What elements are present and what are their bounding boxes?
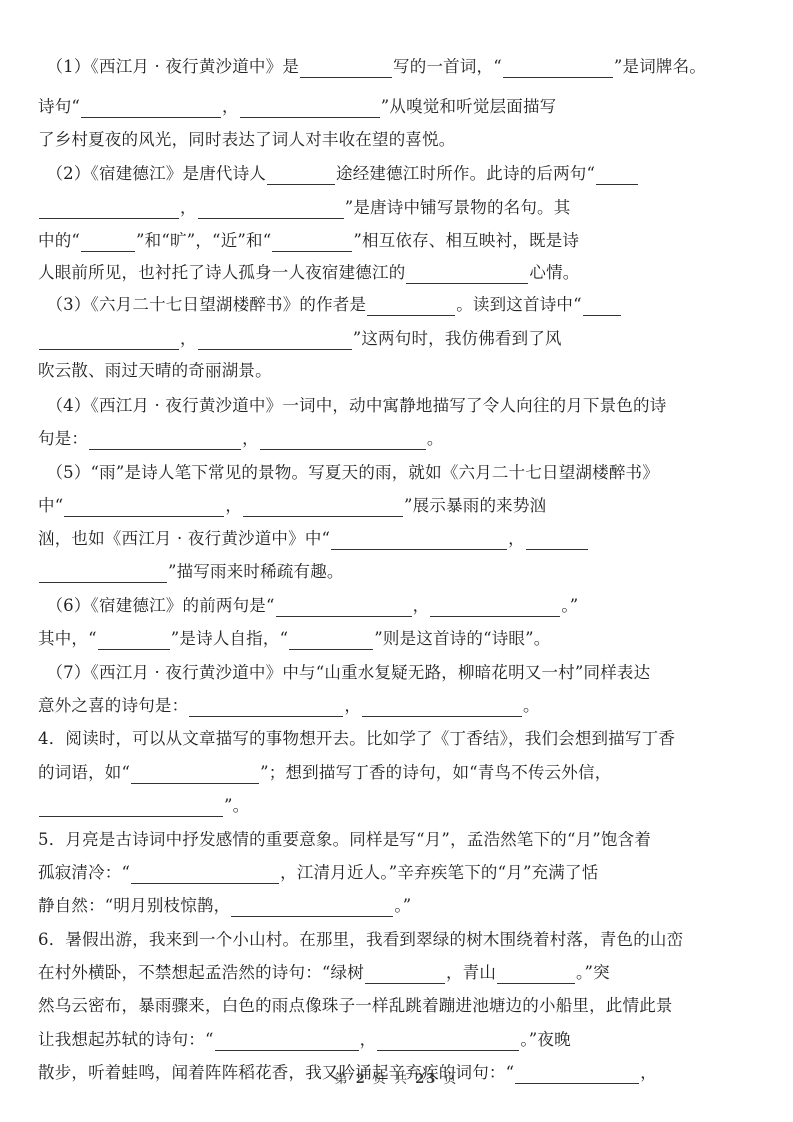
text-segment: 句是： bbox=[38, 428, 88, 450]
fill-in-blank[interactable] bbox=[131, 865, 279, 884]
total-pages-number: 23 bbox=[415, 1072, 437, 1087]
fill-in-blank[interactable] bbox=[81, 233, 135, 252]
fill-in-blank[interactable] bbox=[300, 59, 392, 78]
text-line: （6）《宿建德江》的前两句是“，。” bbox=[38, 595, 578, 619]
fill-in-blank[interactable] bbox=[267, 166, 335, 185]
text-segment: 途经建德江时所作。此诗的后两句“ bbox=[336, 163, 595, 185]
text-line: 中的“”和“旷”，“近”和“”相互依存、相互映衬，既是诗 bbox=[38, 230, 579, 254]
text-segment: ”这两句时，我仿佛看到了风 bbox=[353, 328, 562, 350]
text-segment: 。” bbox=[394, 895, 411, 917]
text-segment: （3）《六月二十七日望湖楼醉书》的作者是 bbox=[38, 294, 366, 316]
text-segment: ”相互依存、相互映衬，既是诗 bbox=[353, 230, 579, 252]
text-segment: 心情。 bbox=[529, 262, 579, 284]
text-segment: ”是诗人自指，“ bbox=[171, 628, 288, 650]
text-segment: 。 bbox=[523, 695, 540, 717]
text-line: 人眼前所见，也衬托了诗人孤身一人夜宿建德江的心情。 bbox=[38, 262, 580, 286]
footer-suffix: 页 bbox=[443, 1072, 458, 1087]
fill-in-blank[interactable] bbox=[362, 698, 522, 717]
text-line: 诗句“，”从嗅觉和听觉层面描写 bbox=[38, 96, 556, 120]
text-segment: 6．暑假出游，我来到一个小山村。在那里，我看到翠绿的树木围绕着村落，青色的山峦 bbox=[38, 929, 683, 951]
fill-in-blank[interactable] bbox=[503, 59, 613, 78]
text-segment: （2）《宿建德江》是唐代诗人 bbox=[38, 163, 266, 185]
text-segment: 其中，“ bbox=[38, 628, 97, 650]
text-line: 4．阅读时，可以从文章描写的事物想开去。比如学了《丁香结》，我们会想到描写丁香 bbox=[38, 728, 675, 752]
text-segment: （6）《宿建德江》的前两句是“ bbox=[38, 595, 275, 617]
fill-in-blank[interactable] bbox=[231, 898, 393, 917]
fill-in-blank[interactable] bbox=[331, 531, 507, 550]
text-segment: ”；想到描写丁香的诗句，如“青鸟不传云外信， bbox=[260, 762, 611, 784]
text-segment: （4）《西江月 · 夜行黄沙道中》一词中，动中寓静地描写了令人向往的月下景色的诗 bbox=[38, 395, 666, 417]
text-segment: 让我想起苏轼的诗句：“ bbox=[38, 1029, 214, 1051]
text-line: 了乡村夏夜的风光，同时表达了词人对丰收在望的喜悦。 bbox=[38, 129, 456, 153]
text-line: （4）《西江月 · 夜行黄沙道中》一词中，动中寓静地描写了令人向往的月下景色的诗 bbox=[38, 395, 666, 419]
text-segment: （7）《西江月 · 夜行黄沙道中》中与“山重水复疑无路，柳暗花明又一村”同样表达 bbox=[38, 662, 650, 684]
text-line: 的词语，如“”；想到描写丁香的诗句，如“青鸟不传云外信， bbox=[38, 762, 611, 786]
text-segment: 5．月亮是古诗词中抒发感情的重要意象。同样是写“月”，孟浩然笔下的“月”饱含着 bbox=[38, 829, 651, 851]
text-line: ，”这两句时，我仿佛看到了风 bbox=[38, 328, 562, 352]
text-segment: ”描写雨来时稀疏有趣。 bbox=[168, 561, 344, 583]
fill-in-blank[interactable] bbox=[367, 297, 455, 316]
text-line: 让我想起苏轼的诗句：“，。”夜晚 bbox=[38, 1029, 571, 1053]
text-line: 句是：，。 bbox=[38, 428, 444, 452]
text-segment: ， bbox=[508, 528, 525, 550]
text-segment: ，青山 bbox=[446, 962, 496, 984]
text-line: （1）《西江月 · 夜行黄沙道中》是写的一首词，“”是词牌名。 bbox=[38, 56, 706, 80]
fill-in-blank[interactable] bbox=[260, 431, 426, 450]
fill-in-blank[interactable] bbox=[198, 200, 344, 219]
text-line: 在村外横卧，不禁想起孟浩然的诗句：“绿树，青山。”突 bbox=[38, 962, 610, 986]
fill-in-blank[interactable] bbox=[289, 631, 373, 650]
text-segment: ， bbox=[344, 695, 361, 717]
text-line: （2）《宿建德江》是唐代诗人途经建德江时所作。此诗的后两句“ bbox=[38, 163, 639, 187]
fill-in-blank[interactable] bbox=[497, 965, 575, 984]
fill-in-blank[interactable] bbox=[377, 1032, 519, 1051]
text-line: 其中，“”是诗人自指，“”则是这首诗的“诗眼”。 bbox=[38, 628, 550, 652]
fill-in-blank[interactable] bbox=[89, 431, 241, 450]
text-segment: 。 bbox=[427, 428, 444, 450]
text-line: 意外之喜的诗句是：，。 bbox=[38, 695, 540, 719]
fill-in-blank[interactable] bbox=[583, 297, 621, 316]
text-segment: ， bbox=[180, 197, 197, 219]
page-footer: 第 2 页 共 23 页 bbox=[0, 1068, 793, 1087]
fill-in-blank[interactable] bbox=[526, 531, 588, 550]
fill-in-blank[interactable] bbox=[365, 965, 445, 984]
text-segment: （1）《西江月 · 夜行黄沙道中》是 bbox=[38, 56, 299, 78]
text-segment: ， bbox=[222, 96, 239, 118]
text-segment: ， bbox=[225, 495, 242, 517]
fill-in-blank[interactable] bbox=[189, 698, 343, 717]
fill-in-blank[interactable] bbox=[39, 564, 167, 583]
text-line: （7）《西江月 · 夜行黄沙道中》中与“山重水复疑无路，柳暗花明又一村”同样表达 bbox=[38, 662, 650, 686]
text-segment: 诗句“ bbox=[38, 96, 80, 118]
text-segment: 吹云散、雨过天晴的奇丽湖景。 bbox=[38, 360, 272, 382]
text-segment: ”是词牌名。 bbox=[614, 56, 706, 78]
fill-in-blank[interactable] bbox=[243, 498, 403, 517]
text-line: 孤寂清冷：“，江清月近人。”辛弃疾笔下的“月”充满了恬 bbox=[38, 862, 598, 886]
text-segment: ，江清月近人。”辛弃疾笔下的“月”充满了恬 bbox=[280, 862, 598, 884]
text-segment: ， bbox=[242, 428, 259, 450]
text-segment: 了乡村夏夜的风光，同时表达了词人对丰收在望的喜悦。 bbox=[38, 129, 456, 151]
text-segment: 4．阅读时，可以从文章描写的事物想开去。比如学了《丁香结》，我们会想到描写丁香 bbox=[38, 728, 675, 750]
text-segment: ”从嗅觉和听觉层面描写 bbox=[381, 96, 557, 118]
text-line: ”描写雨来时稀疏有趣。 bbox=[38, 561, 344, 585]
text-segment: 人眼前所见，也衬托了诗人孤身一人夜宿建德江的 bbox=[38, 262, 405, 284]
text-segment: 中“ bbox=[38, 495, 63, 517]
footer-prefix: 第 bbox=[335, 1072, 350, 1087]
text-segment: 。” bbox=[561, 595, 578, 617]
fill-in-blank[interactable] bbox=[39, 331, 179, 350]
text-segment: 写的一首词，“ bbox=[393, 56, 502, 78]
text-segment: （5）“雨”是诗人笔下常见的景物。写夏天的雨，就如《六月二十七日望湖楼醉书》 bbox=[38, 462, 659, 484]
fill-in-blank[interactable] bbox=[240, 99, 380, 118]
fill-in-blank[interactable] bbox=[430, 598, 560, 617]
fill-in-blank[interactable] bbox=[131, 765, 259, 784]
text-segment: 意外之喜的诗句是： bbox=[38, 695, 188, 717]
text-segment: 汹，也如《西江月 · 夜行黄沙道中》中“ bbox=[38, 528, 330, 550]
text-line: 6．暑假出游，我来到一个小山村。在那里，我看到翠绿的树木围绕着村落，青色的山峦 bbox=[38, 929, 683, 953]
text-line: 然乌云密布，暴雨骤来，白色的雨点像珠子一样乱跳着蹦进池塘边的小船里，此情此景 bbox=[38, 995, 673, 1019]
text-segment: ， bbox=[360, 1029, 377, 1051]
text-segment: 静自然：“明月别枝惊鹊， bbox=[38, 895, 230, 917]
fill-in-blank[interactable] bbox=[39, 798, 223, 817]
text-line: ”。 bbox=[38, 795, 249, 819]
document-page: （1）《西江月 · 夜行黄沙道中》是写的一首词，“”是词牌名。诗句“，”从嗅觉和… bbox=[0, 0, 793, 1122]
fill-in-blank[interactable] bbox=[272, 233, 352, 252]
text-segment: 孤寂清冷：“ bbox=[38, 862, 130, 884]
fill-in-blank[interactable] bbox=[596, 166, 638, 185]
fill-in-blank[interactable] bbox=[198, 331, 352, 350]
text-segment: ”是唐诗中铺写景物的名句。其 bbox=[345, 197, 571, 219]
text-line: ，”是唐诗中铺写景物的名句。其 bbox=[38, 197, 570, 221]
footer-middle: 页 共 bbox=[373, 1072, 409, 1087]
text-line: （3）《六月二十七日望湖楼醉书》的作者是。读到这首诗中“ bbox=[38, 294, 622, 318]
text-line: 5．月亮是古诗词中抒发感情的重要意象。同样是写“月”，孟浩然笔下的“月”饱含着 bbox=[38, 829, 651, 853]
text-segment: ”展示暴雨的来势汹 bbox=[404, 495, 546, 517]
text-segment: 。”夜晚 bbox=[520, 1029, 571, 1051]
text-segment: 在村外横卧，不禁想起孟浩然的诗句：“绿树 bbox=[38, 962, 364, 984]
text-segment: ”。 bbox=[224, 795, 249, 817]
text-segment: 然乌云密布，暴雨骤来，白色的雨点像珠子一样乱跳着蹦进池塘边的小船里，此情此景 bbox=[38, 995, 673, 1017]
text-line: 中“，”展示暴雨的来势汹 bbox=[38, 495, 546, 519]
text-segment: ， bbox=[413, 595, 430, 617]
text-line: （5）“雨”是诗人笔下常见的景物。写夏天的雨，就如《六月二十七日望湖楼醉书》 bbox=[38, 462, 659, 486]
fill-in-blank[interactable] bbox=[64, 498, 224, 517]
text-segment: ”则是这首诗的“诗眼”。 bbox=[374, 628, 550, 650]
text-segment: 。读到这首诗中“ bbox=[456, 294, 582, 316]
text-segment: ”和“旷”，“近”和“ bbox=[136, 230, 271, 252]
text-segment: ， bbox=[180, 328, 197, 350]
fill-in-blank[interactable] bbox=[98, 631, 170, 650]
fill-in-blank[interactable] bbox=[276, 598, 412, 617]
fill-in-blank[interactable] bbox=[406, 265, 528, 284]
text-segment: 的词语，如“ bbox=[38, 762, 130, 784]
fill-in-blank[interactable] bbox=[81, 99, 221, 118]
fill-in-blank[interactable] bbox=[215, 1032, 359, 1051]
text-segment: 。”突 bbox=[576, 962, 610, 984]
text-segment: 中的“ bbox=[38, 230, 80, 252]
text-line: 静自然：“明月别枝惊鹊，。” bbox=[38, 895, 411, 919]
current-page-number: 2 bbox=[356, 1072, 367, 1087]
text-line: 汹，也如《西江月 · 夜行黄沙道中》中“， bbox=[38, 528, 589, 552]
text-line: 吹云散、雨过天晴的奇丽湖景。 bbox=[38, 360, 272, 384]
fill-in-blank[interactable] bbox=[39, 200, 179, 219]
